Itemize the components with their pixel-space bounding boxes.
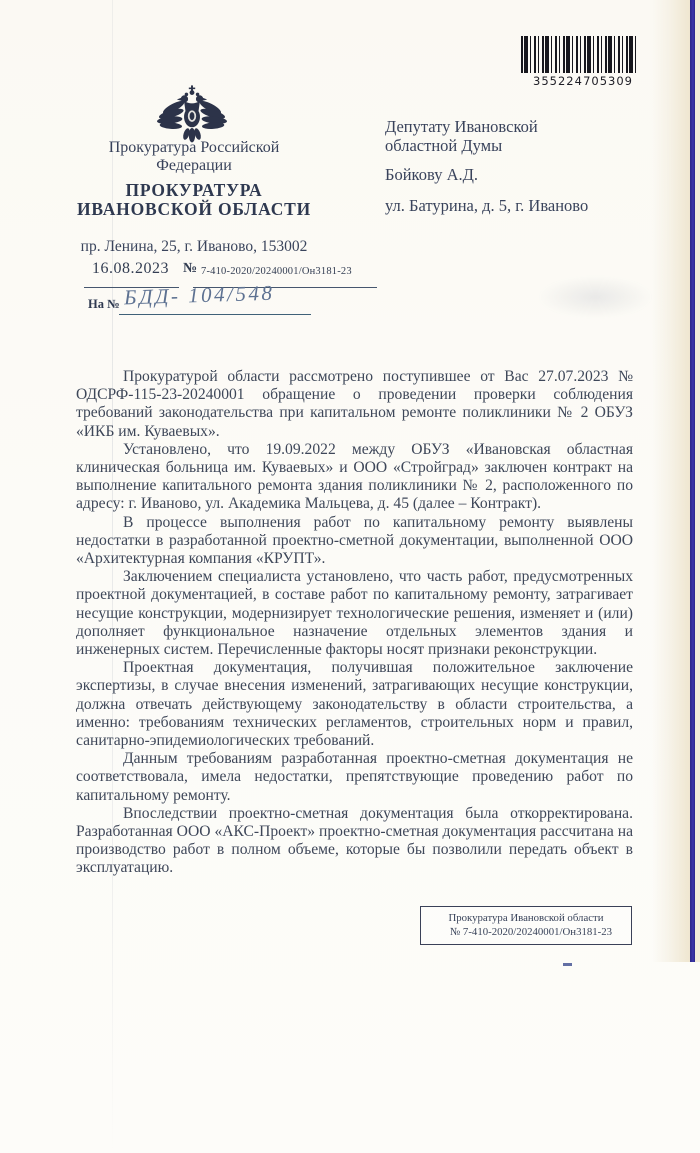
scan-edge-right-strip <box>695 0 700 962</box>
number-sign: № <box>183 261 197 277</box>
body-paragraph: Данным требованиям разработанная проектн… <box>76 750 633 805</box>
barcode-digits-left: 355224 <box>533 74 583 88</box>
incoming-number-handwritten: БДД- 104/548 <box>124 281 275 311</box>
body-paragraph: Прокуратурой области рассмотрено поступи… <box>76 368 633 441</box>
recipient-title-line2: областной Думы <box>385 136 655 155</box>
barcode-digits: 355224 705309 <box>521 73 641 88</box>
letterhead-org-line2: Федерации <box>56 157 332 175</box>
stamp-number: № 7-410-2020/20240001/Он3181-23 <box>425 925 627 939</box>
body-paragraph: В процессе выполнения работ по капитальн… <box>76 514 633 569</box>
scan-smudge-artifact <box>538 276 653 318</box>
letter-date: 16.08.2023 <box>92 260 169 278</box>
barcode-digits-right: 705309 <box>583 74 633 88</box>
registration-stamp: Прокуратура Ивановской области № 7-410-2… <box>420 906 632 945</box>
outgoing-number: 7-410-2020/20240001/Он3181-23 <box>201 266 352 277</box>
scan-edge-cream-band <box>652 0 690 962</box>
body-paragraph: Впоследствии проектно-сметная документац… <box>76 805 633 878</box>
body-paragraph: Проектная документация, получившая полож… <box>76 659 633 750</box>
recipient-name: Бойкову А.Д. <box>385 165 655 184</box>
recipient-title-line1: Депутату Ивановской <box>385 117 655 136</box>
body-paragraph: Установлено, что 19.09.2022 между ОБУЗ «… <box>76 441 633 514</box>
letterhead-address: пр. Ленина, 25, г. Иваново, 153002 <box>56 238 332 256</box>
stamp-org-name: Прокуратура Ивановской области <box>425 911 627 925</box>
body-paragraph: Заключением специалиста установлено, что… <box>76 568 633 659</box>
recipient-block: Депутату Ивановской областной Думы Бойко… <box>385 117 655 215</box>
scan-dash-artifact <box>563 963 572 966</box>
incoming-number-label: На № <box>88 297 120 312</box>
letterhead-org-bold-line2: ИВАНОВСКОЙ ОБЛАСТИ <box>56 200 332 219</box>
coat-of-arms-eagle-icon <box>151 85 233 144</box>
barcode: 355224 705309 <box>521 36 641 88</box>
letterhead-org-line1: Прокуратура Российской <box>56 139 332 157</box>
recipient-address: ул. Батурина, д. 5, г. Иваново <box>385 196 655 215</box>
incoming-number-underline <box>119 314 311 315</box>
letterhead-org-bold-line1: ПРОКУРАТУРА <box>56 181 332 200</box>
letterhead: Прокуратура Российской Федерации ПРОКУРА… <box>56 139 332 256</box>
letter-body: Прокуратурой области рассмотрено поступи… <box>76 368 633 878</box>
scanned-letter-page: 355224 705309 <box>0 0 700 1153</box>
barcode-bars-icon <box>521 36 639 73</box>
